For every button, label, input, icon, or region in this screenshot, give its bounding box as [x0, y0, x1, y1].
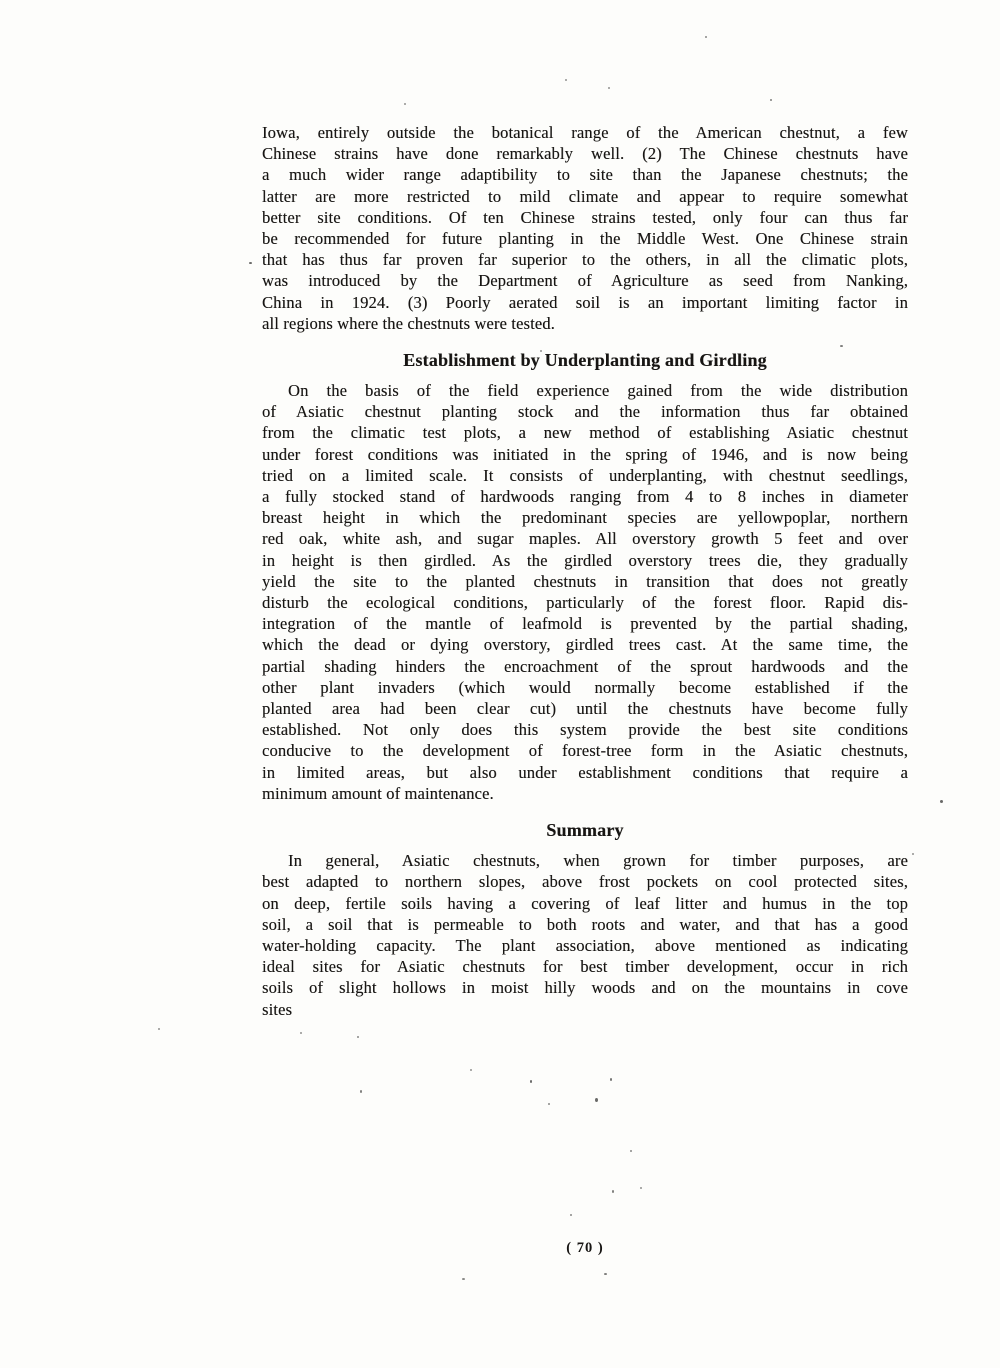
page-number: ( 70 ) [262, 1240, 908, 1257]
text-line: disturb the ecological conditions, parti… [262, 592, 908, 613]
text-line: breast height in which the predominant s… [262, 507, 908, 528]
text-line: red oak, white ash, and sugar maples. Al… [262, 528, 908, 549]
text-line: which the dead or dying overstory, girdl… [262, 634, 908, 655]
text-line: latter are more restricted to mild clima… [262, 186, 908, 207]
text-line: in height is then girdled. As the girdle… [262, 550, 908, 571]
text-line: Iowa, entirely outside the botanical ran… [262, 122, 908, 143]
text-line: from the climatic test plots, a new meth… [262, 422, 908, 443]
text-line: minimum amount of maintenance. [262, 783, 908, 804]
text-line: soils of slight hollows in moist hilly w… [262, 977, 908, 998]
text-line: water-holding capacity. The plant associ… [262, 935, 908, 956]
text-line: other plant invaders (which would normal… [262, 677, 908, 698]
text-line: better site conditions. Of ten Chinese s… [262, 207, 908, 228]
text-line: under forest conditions was initiated in… [262, 444, 908, 465]
text-line: on deep, fertile soils having a covering… [262, 893, 908, 914]
paragraph: Iowa, entirely outside the botanical ran… [262, 122, 908, 334]
section-heading: Summary [262, 820, 908, 841]
text-line: of Asiatic chestnut planting stock and t… [262, 401, 908, 422]
text-line: was introduced by the Department of Agri… [262, 270, 908, 291]
text-line: ideal sites for Asiatic chestnuts for be… [262, 956, 908, 977]
text-line: a much wider range adaptibility to site … [262, 164, 908, 185]
text-line: be recommended for future planting in th… [262, 228, 908, 249]
text-line: China in 1924. (3) Poorly aerated soil i… [262, 292, 908, 313]
text-line: sites [262, 999, 908, 1020]
document-page: Iowa, entirely outside the botanical ran… [0, 0, 1000, 1368]
text-line: planted area had been clear cut) until t… [262, 698, 908, 719]
text-line: tried on a limited scale. It consists of… [262, 465, 908, 486]
paragraph: On the basis of the field experience gai… [262, 380, 908, 804]
paragraph: In general, Asiatic chestnuts, when grow… [262, 850, 908, 1020]
page-text: Iowa, entirely outside the botanical ran… [262, 122, 908, 1020]
text-line: Chinese strains have done remarkably wel… [262, 143, 908, 164]
text-line: that has thus far proven far superior to… [262, 249, 908, 270]
text-line: partial shading hinders the encroachment… [262, 656, 908, 677]
text-line: in limited areas, but also under establi… [262, 762, 908, 783]
text-line: a fully stocked stand of hardwoods rangi… [262, 486, 908, 507]
text-line: yield the site to the planted chestnuts … [262, 571, 908, 592]
text-line: soil, a soil that is permeable to both r… [262, 914, 908, 935]
text-line: On the basis of the field experience gai… [262, 380, 908, 401]
text-line: conducive to the development of forest-t… [262, 740, 908, 761]
text-line: In general, Asiatic chestnuts, when grow… [262, 850, 908, 871]
text-line: integration of the mantle of leafmold is… [262, 613, 908, 634]
text-line: established. Not only does this system p… [262, 719, 908, 740]
text-line: all regions where the chestnuts were tes… [262, 313, 908, 334]
section-heading: Establishment by Underplanting and Girdl… [262, 350, 908, 371]
text-line: best adapted to northern slopes, above f… [262, 871, 908, 892]
